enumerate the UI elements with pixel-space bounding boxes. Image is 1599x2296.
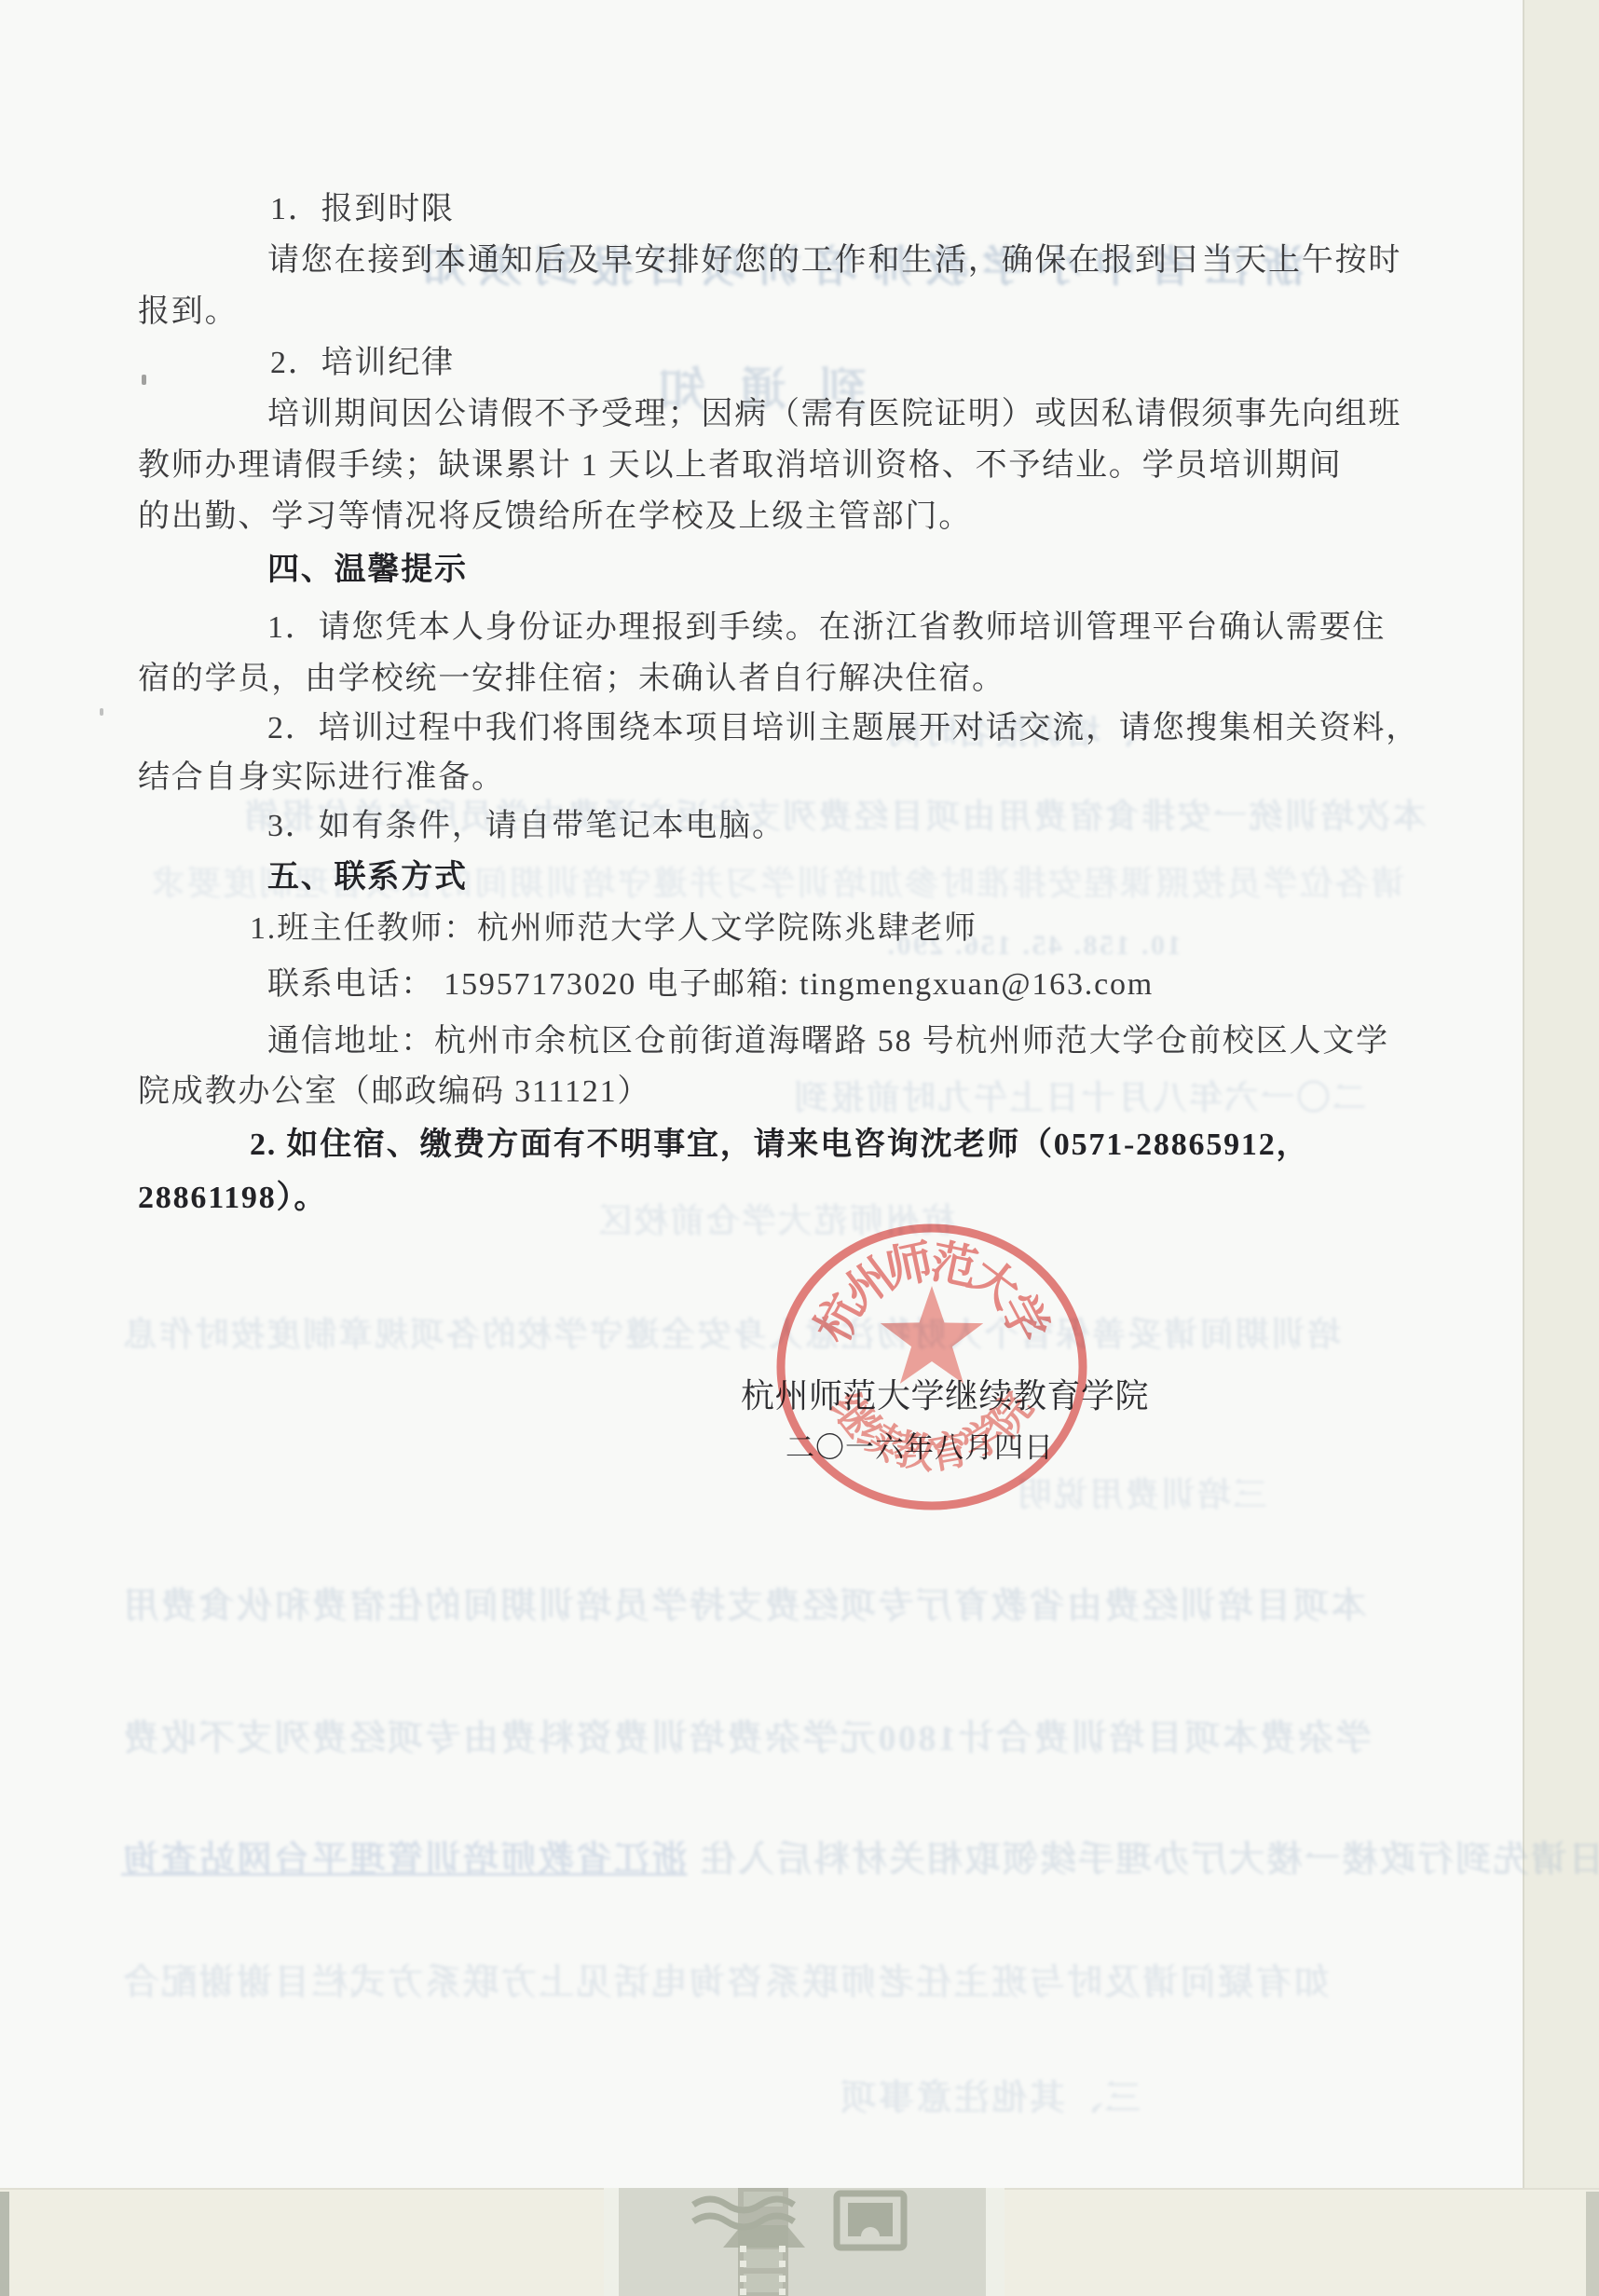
body-line: 2. 如住宿、缴费方面有不明事宜，请来电咨询沈老师（0571-28865912，	[250, 1118, 1309, 1164]
bleedthrough-text: 本项目培训经费由省教育厅专项经费支持学员培训期间的住宿费和伙食费用	[121, 1577, 1367, 1628]
scanner-edge-right-bottom	[1586, 2192, 1599, 2296]
fragment-white-edge-right	[986, 2188, 1004, 2296]
section-heading: 四、温馨提示	[267, 543, 468, 589]
ink-speck	[100, 708, 103, 716]
seal-banner-text: 继 续 教 育 学 院	[822, 1385, 1042, 1478]
scanned-photo-fragment	[604, 2188, 1004, 2296]
star-icon	[881, 1286, 983, 1384]
section-heading: 五、联系方式	[267, 851, 468, 896]
body-line: 2．培训纪律	[270, 336, 455, 382]
official-seal-stamp: 杭 州 师 范 大 学 继 续 教 育 学 院	[762, 1209, 1101, 1530]
contact-phone-email-line: 联系电话： 15957173020 电子邮箱: tingmengxuan@163…	[267, 958, 1154, 1004]
bleedthrough-text: 报到当日请先到行政楼一楼大厅办理手续领取相关材料后入住	[699, 1840, 1599, 1879]
body-line: 培训期间因公请假不予受理；因病（需有医院证明）或因私请假须事先向组班	[267, 388, 1401, 433]
ink-speck	[142, 375, 146, 385]
body-line: 请您在接到本通知后及早安排好您的工作和生活，确保在报到日当天上午按时	[267, 234, 1401, 280]
body-line: 1．报到时限	[270, 183, 455, 228]
body-line: 1.班主任教师：杭州师范大学人文学院陈兆肆老师	[250, 902, 977, 948]
fragment-white-edge-left	[604, 2188, 619, 2296]
bleedthrough-text: 二〇一六年八月十日上午九时前报到	[792, 1072, 1366, 1119]
body-line: 3．如有条件，请自带笔记本电脑。	[267, 799, 786, 845]
bleedthrough-text-with-underline: 报到当日请先到行政楼一楼大厅办理手续领取相关材料后入住 浙江省教师培训管理平台网…	[121, 1830, 1599, 1881]
bleedthrough-text: 学杂费本项目培训费合计1800元学杂费培训费资料费由专项经费列支不收费	[121, 1709, 1372, 1760]
body-line: 院成教办公室（邮政编码 311121）	[138, 1065, 650, 1111]
bleedthrough-underlined-text: 浙江省教师培训管理平台网站查询	[121, 1840, 688, 1879]
bleedthrough-text: 培训期间请妥善保管个人财物注意人身安全遵守学校的各项规章制度按时作息	[121, 1308, 1341, 1356]
body-line: 报到。	[138, 285, 238, 331]
bleedthrough-text: 如有疑问请及时与班主任老师联系咨询电话见上方联系方式栏目谢谢配合	[121, 1953, 1329, 2004]
body-line: 2．培训过程中我们将围绕本项目培训主题展开对话交流，请您搜集相关资料，	[267, 702, 1419, 747]
body-line: 1．请您凭本人身份证办理报到手续。在浙江省教师培训管理平台确认需要住	[267, 601, 1386, 647]
bleedthrough-text: 三、其他注意事项	[839, 2069, 1141, 2120]
body-line: 教师办理请假手续；缺课累计 1 天以上者取消培训资格、不予结业。学员培训期间	[138, 439, 1342, 485]
body-line: 通信地址：杭州市余杭区仓前街道海曙路 58 号杭州师范大学仓前校区人文学	[267, 1015, 1389, 1060]
body-line: 结合自身实际进行准备。	[138, 751, 505, 797]
scanner-edge-left-bottom	[0, 2192, 9, 2296]
body-line: 28861198）。	[138, 1171, 327, 1217]
scanner-background-right	[1523, 0, 1599, 2296]
body-line: 的出勤、学习等情况将反馈给所在学校及上级主管部门。	[138, 490, 972, 536]
body-line: 宿的学员，由学校统一安排住宿；未确认者自行解决住宿。	[138, 652, 1005, 698]
